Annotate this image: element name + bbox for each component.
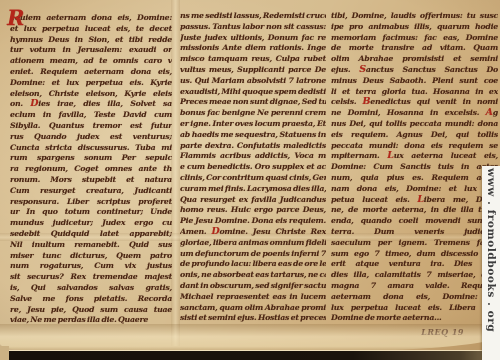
vellum-crease-vertical: [171, 0, 180, 346]
manuscript-line: equiem aeternam dona eis, Domine:: [10, 13, 172, 24]
manuscript-line: parte dextra. Confutatis maledictis: [180, 141, 326, 152]
manuscript-line: tur votum in Jerusalem: exaudi or: [10, 45, 172, 56]
manuscript-line: de morte transire ad vitam. Quam: [331, 43, 498, 54]
manuscript-line: sum ego 7 timeo, dum discessio ven: [331, 249, 498, 260]
manuscript-line: gloriae, libera animas omnium fideli: [180, 238, 326, 249]
manuscript-line: celsis. Benedictus qui venit in nomi: [331, 97, 498, 108]
photo-edge-band: [9, 351, 500, 360]
manuscript-line: is, Qui salvandos salvas gratis,: [10, 283, 172, 294]
manuscript-line: li et terra gloria tua. Hosanna in ex: [331, 87, 498, 98]
manuscript-line: Nil inultum remanebit. Quid sus: [10, 240, 172, 251]
text-column-1: R equiem aeternam dona eis, Domine:et lu…: [10, 13, 172, 326]
manuscript-line: saeculum per ignem. Tremens factu: [331, 238, 498, 249]
manuscript-line: aeternam dona eis, Domine: et: [331, 292, 498, 303]
manuscript-line: missionis Ante diem rationis. Inge: [180, 43, 326, 54]
manuscript-line: Domine de morte aeterna...: [331, 313, 498, 324]
manuscript-line: Domine: Cum Sanctis tuis in aeter: [331, 162, 498, 173]
manuscript-line: eis requiem. Agnus Dei, qui tollis: [331, 130, 498, 141]
manuscript-line: peccata mundi: dona eis requiem se: [331, 141, 498, 152]
manuscript-line: dant in obscurum, sed signifer sactus: [180, 281, 326, 292]
manuscript-line: viae, Ne me perdas illa die. Quaere: [10, 315, 172, 326]
manuscript-line: ejus. Sanctus Sanctus Sanctus Do: [331, 65, 498, 76]
manuscript-line: de profundo lacu: libera eas de ore le: [180, 259, 326, 270]
manuscript-line: Preces meae non sunt dignae, Sed tu: [180, 97, 326, 108]
manuscript-line: magna 7 amara valde. Requiem: [331, 281, 498, 292]
manuscript-line: ne, de morte aeterna, in die illa trem: [331, 205, 498, 216]
manuscript-line: misco tamquam reus, Culpa rubet: [180, 54, 326, 65]
manuscript-line: ipe pro animabus illis, quarum hodie: [331, 22, 498, 33]
manuscript-line: Domine: et lux perpetua eis. Kyrie: [10, 78, 172, 89]
manuscript-line: sit securus? Rex tremendae majest: [10, 272, 172, 283]
rubricated-initial: A: [486, 108, 493, 118]
page-corner: [0, 346, 9, 360]
watermark-text: www . fromoldbooks . org: [485, 168, 497, 332]
manuscript-line: exaudisti, Mihi quoque spem dedisti.: [180, 87, 326, 98]
manuscript-line: olim Abrahae promisisti et semini: [331, 54, 498, 65]
manuscript-line: Cuncta stricta discussurus. Tuba mi: [10, 143, 172, 154]
manuscript-line: miser tunc dicturus, Quem patro: [10, 251, 172, 262]
manuscript-line: terra. Dum veneris judicare: [331, 227, 498, 238]
manuscript-line: ationem meam, ad te omnis caro v: [10, 56, 172, 67]
manuscript-line: Juste judex ultionis, Donum fac re: [180, 33, 326, 44]
manuscript-line: eleison, Christe eleison, Kyrie eleis: [10, 89, 172, 100]
manuscript-line: ronum. Mors stupebit et natura: [10, 175, 172, 186]
manuscript-line: passus. Tantus labor non sit cassus:: [180, 22, 326, 33]
manuscript-line: Salve me fons pietatis. Recorda: [10, 294, 172, 305]
manuscript-line: vultus meus, Supplicanti parce De: [180, 65, 326, 76]
manuscript-line: bonus fac benigne Ne perenni crem: [180, 108, 326, 119]
manuscript-line: ur In quo totum continetur; Unde: [10, 207, 172, 218]
manuscript-line: num, quia pius es. Requiem aeter: [331, 173, 498, 184]
manuscript-line: ab haedis me sequestra, Statuens in: [180, 130, 326, 141]
manuscript-line: homo reus. Huic ergo parce Deus,: [180, 205, 326, 216]
manuscript-line: enda, quando coeli movendi sunt 7: [331, 216, 498, 227]
manuscript-line: lux perpetua luceat eis. Libera me,: [331, 303, 498, 314]
manuscript-line: et lux perpetua luceat eis, te decet: [10, 24, 172, 35]
manuscript-line: Michael repraesentet eas in lucem: [180, 292, 326, 303]
manuscript-line: e cum benedictis. Oro supplex et ac: [180, 162, 326, 173]
manuscript-line: er igne. Inter oves locum praesta, Et: [180, 119, 326, 130]
manuscript-line: erit atque ventura ira. Dies irae: [331, 259, 498, 270]
manuscript-line: responsura. Liber scriptus proferet: [10, 197, 172, 208]
manuscript-photo: R equiem aeternam dona eis, Domine:et lu…: [0, 0, 500, 360]
manuscript-line: clinis, Cor contritum quasi cinis, Gere: [180, 173, 326, 184]
manuscript-line: ra regionum, Coget omnes ante th: [10, 164, 172, 175]
manuscript-line: eclum in favilla, Teste David cum: [10, 110, 172, 121]
manuscript-line: nus Dei, qui tollis peccata mundi: dona: [331, 119, 498, 130]
manuscript-line: Sibylla. Quantus tremor est futur: [10, 121, 172, 132]
manuscript-line: dies illa, calamitatis 7 miseriae, dies: [331, 270, 498, 281]
manuscript-line: Qua resurget ex favilla Judicandus: [180, 195, 326, 206]
manuscript-line: Flammis acribus addictis, Voca m: [180, 151, 326, 162]
manuscript-line: Cum resurget creatura, Judicanti: [10, 186, 172, 197]
manuscript-line: Amen. Domine. Jesu Christe Rex: [180, 227, 326, 238]
manuscript-line: tibi, Domine, laudis offerimus: tu susc: [331, 11, 498, 22]
manuscript-line: mpiternam. Lux aeterna luceat eis,: [331, 151, 498, 162]
manuscript-line: on. Dies irae, dies illa, Solvet sa: [10, 99, 172, 110]
text-column-2: ns me sedisti lassus, Redemisti crucempa…: [180, 11, 326, 324]
manuscript-line: petua luceat eis. Libera me, Domi: [331, 195, 498, 206]
manuscript-line: us. Qui Mariam absolvisti 7 latrone: [180, 76, 326, 87]
manuscript-line: ns me sedisti lassus, Redemisti crucem: [180, 11, 326, 22]
manuscript-line: Pie Jesu Domine. Dona eis requiem.: [180, 216, 326, 227]
manuscript-line: memoriam facimus: fac eas, Domine: [331, 33, 498, 44]
manuscript-line: sisti et semini ejus. Hostias et preces: [180, 313, 326, 324]
manuscript-line: sanctam, quam olim Abrahae promi: [180, 303, 326, 314]
manuscript-line: nam dona eis, Domine: et lux per: [331, 184, 498, 195]
manuscript-line: rus Quando judex est venturus;: [10, 132, 172, 143]
manuscript-line: sedebit Quidquid latet apparebit;: [10, 229, 172, 240]
manuscript-line: num rogaturus, Cum vix justus: [10, 261, 172, 272]
manuscript-line: curam mei finis. Lacrymosa dies illa,: [180, 184, 326, 195]
manuscript-line: um defunctorum de poenis inferni 7: [180, 249, 326, 260]
manuscript-line: hymnus Deus in Sion, et tibi redde: [10, 35, 172, 46]
rubricated-initial: S: [359, 65, 366, 75]
scribe-signature: LREQ 19: [331, 327, 498, 337]
dropcap-initial-R: R: [7, 8, 24, 28]
watermark-strip: www . fromoldbooks . org: [482, 166, 500, 360]
text-column-3: tibi, Domine, laudis offerimus: tu susci…: [331, 11, 498, 324]
manuscript-line: mundus judicetur; Judex ergo cu: [10, 218, 172, 229]
manuscript-line: onis, ne absorbeat eas tartarus, ne ca: [180, 270, 326, 281]
manuscript-line: minus Deus Sabaoth. Pleni sunt coe: [331, 76, 498, 87]
manuscript-line: re, Jesu pie, Quod sum causa tuae: [10, 305, 172, 316]
manuscript-line: eniet. Requiem aeternam dona eis,: [10, 67, 172, 78]
manuscript-line: rum spargens sonum Per sepulc: [10, 153, 172, 164]
manuscript-line: ne Domini, Hosanna in excelsis. Ag: [331, 108, 498, 119]
